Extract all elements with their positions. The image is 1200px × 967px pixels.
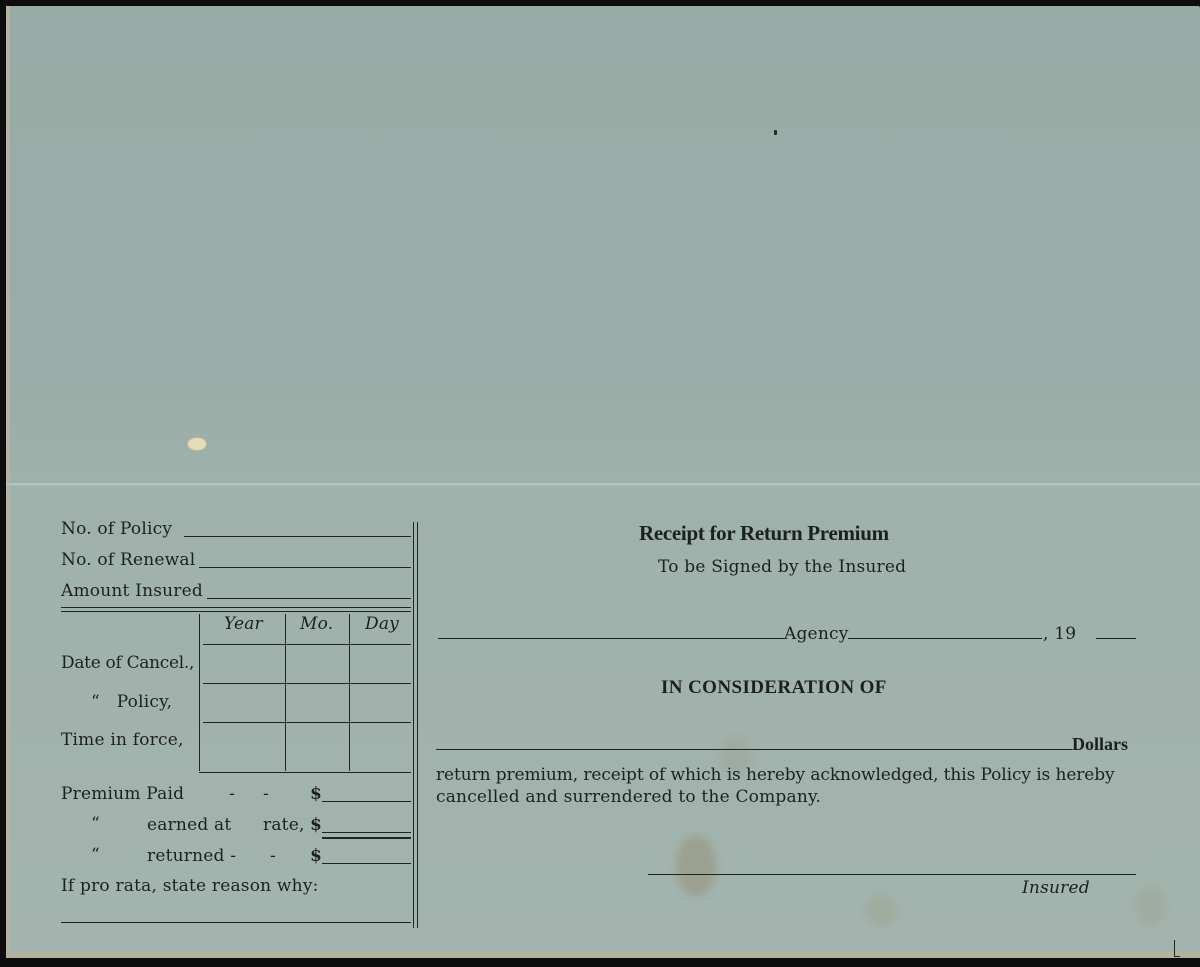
- paper-speck: [774, 130, 777, 135]
- renewal-number-label: No. of Renewal: [61, 550, 195, 570]
- table-row-rule: [203, 722, 411, 723]
- pro-rata-label: If pro rata, state reason why:: [61, 876, 319, 896]
- year-prefix: , 19: [1043, 624, 1076, 644]
- policy-day-cell[interactable]: [351, 685, 411, 721]
- column-header-year: Year: [224, 614, 263, 634]
- panel-border-inner: [417, 522, 418, 928]
- dollars-label: Dollars: [1072, 734, 1128, 755]
- table-row-rule: [203, 683, 411, 684]
- cancel-year-cell[interactable]: [201, 646, 284, 682]
- subtotal-rule: [322, 837, 411, 839]
- agency-name-field[interactable]: [438, 638, 784, 639]
- ditto-mark: “: [91, 814, 100, 834]
- amount-insured-field[interactable]: [207, 598, 411, 599]
- consideration-heading: IN CONSIDERATION OF: [661, 677, 887, 699]
- returned-dash: -: [270, 846, 276, 866]
- receipt-title: Receipt for Return Premium: [639, 521, 889, 546]
- earned-label: earned at: [147, 815, 231, 835]
- agency-label: Agency: [784, 624, 849, 644]
- time-in-force-day-cell[interactable]: [351, 724, 411, 770]
- currency-symbol: $: [310, 784, 322, 804]
- stain: [676, 836, 716, 896]
- column-header-month: Mo.: [300, 614, 333, 634]
- earned-premium-field[interactable]: [322, 832, 411, 833]
- column-header-day: Day: [365, 614, 399, 634]
- table-divider: [199, 614, 200, 771]
- policy-year-cell[interactable]: [201, 685, 284, 721]
- corner-mark: [1174, 940, 1175, 956]
- currency-symbol: $: [310, 846, 322, 866]
- time-in-force-month-cell[interactable]: [287, 724, 348, 770]
- table-row-label: “ Policy,: [91, 692, 172, 712]
- signature-label: Insured: [1022, 878, 1090, 898]
- time-in-force-year-cell[interactable]: [201, 724, 284, 770]
- punch-hole: [187, 437, 207, 451]
- dollars-amount-field[interactable]: [436, 749, 1072, 750]
- receipt-subtitle: To be Signed by the Insured: [658, 557, 906, 577]
- table-divider: [285, 614, 286, 771]
- receipt-body-line2: cancelled and surrendered to the Company…: [436, 787, 821, 807]
- year-field[interactable]: [1096, 638, 1136, 639]
- receipt-body-line1: return premium, receipt of which is here…: [436, 765, 1115, 785]
- table-row-label: Time in force,: [61, 730, 184, 750]
- returned-premium-field[interactable]: [322, 863, 411, 864]
- double-rule-bottom: [61, 611, 411, 612]
- returned-label: returned -: [147, 846, 236, 866]
- stain: [1136, 886, 1166, 926]
- policy-number-label: No. of Policy: [61, 519, 172, 539]
- currency-symbol: $: [310, 815, 322, 835]
- corner-mark: [1174, 956, 1180, 957]
- table-row-rule: [203, 644, 411, 645]
- cancel-day-cell[interactable]: [351, 646, 411, 682]
- panel-border-outer: [413, 522, 414, 928]
- stain: [866, 896, 896, 926]
- amount-insured-label: Amount Insured: [61, 581, 203, 601]
- policy-number-field[interactable]: [184, 536, 411, 537]
- double-rule-top: [61, 607, 411, 608]
- insured-signature-field[interactable]: [648, 874, 1136, 875]
- premium-paid-dashes: - -: [229, 784, 269, 804]
- premium-paid-label: Premium Paid: [61, 784, 184, 804]
- ditto-mark: “: [91, 845, 100, 865]
- table-divider: [349, 614, 350, 771]
- table-bottom-rule: [199, 772, 411, 773]
- fold-crease: [6, 483, 1200, 486]
- cancel-month-cell[interactable]: [287, 646, 348, 682]
- table-row-label: Date of Cancel.,: [61, 653, 194, 673]
- paper-bottom-edge: [6, 952, 1200, 958]
- earned-rate-label: rate,: [263, 815, 305, 835]
- date-field[interactable]: [848, 638, 1042, 639]
- pro-rata-reason-field[interactable]: [61, 922, 411, 923]
- paper-edge: [6, 6, 10, 958]
- renewal-number-field[interactable]: [199, 567, 411, 568]
- policy-month-cell[interactable]: [287, 685, 348, 721]
- premium-paid-field[interactable]: [322, 801, 411, 802]
